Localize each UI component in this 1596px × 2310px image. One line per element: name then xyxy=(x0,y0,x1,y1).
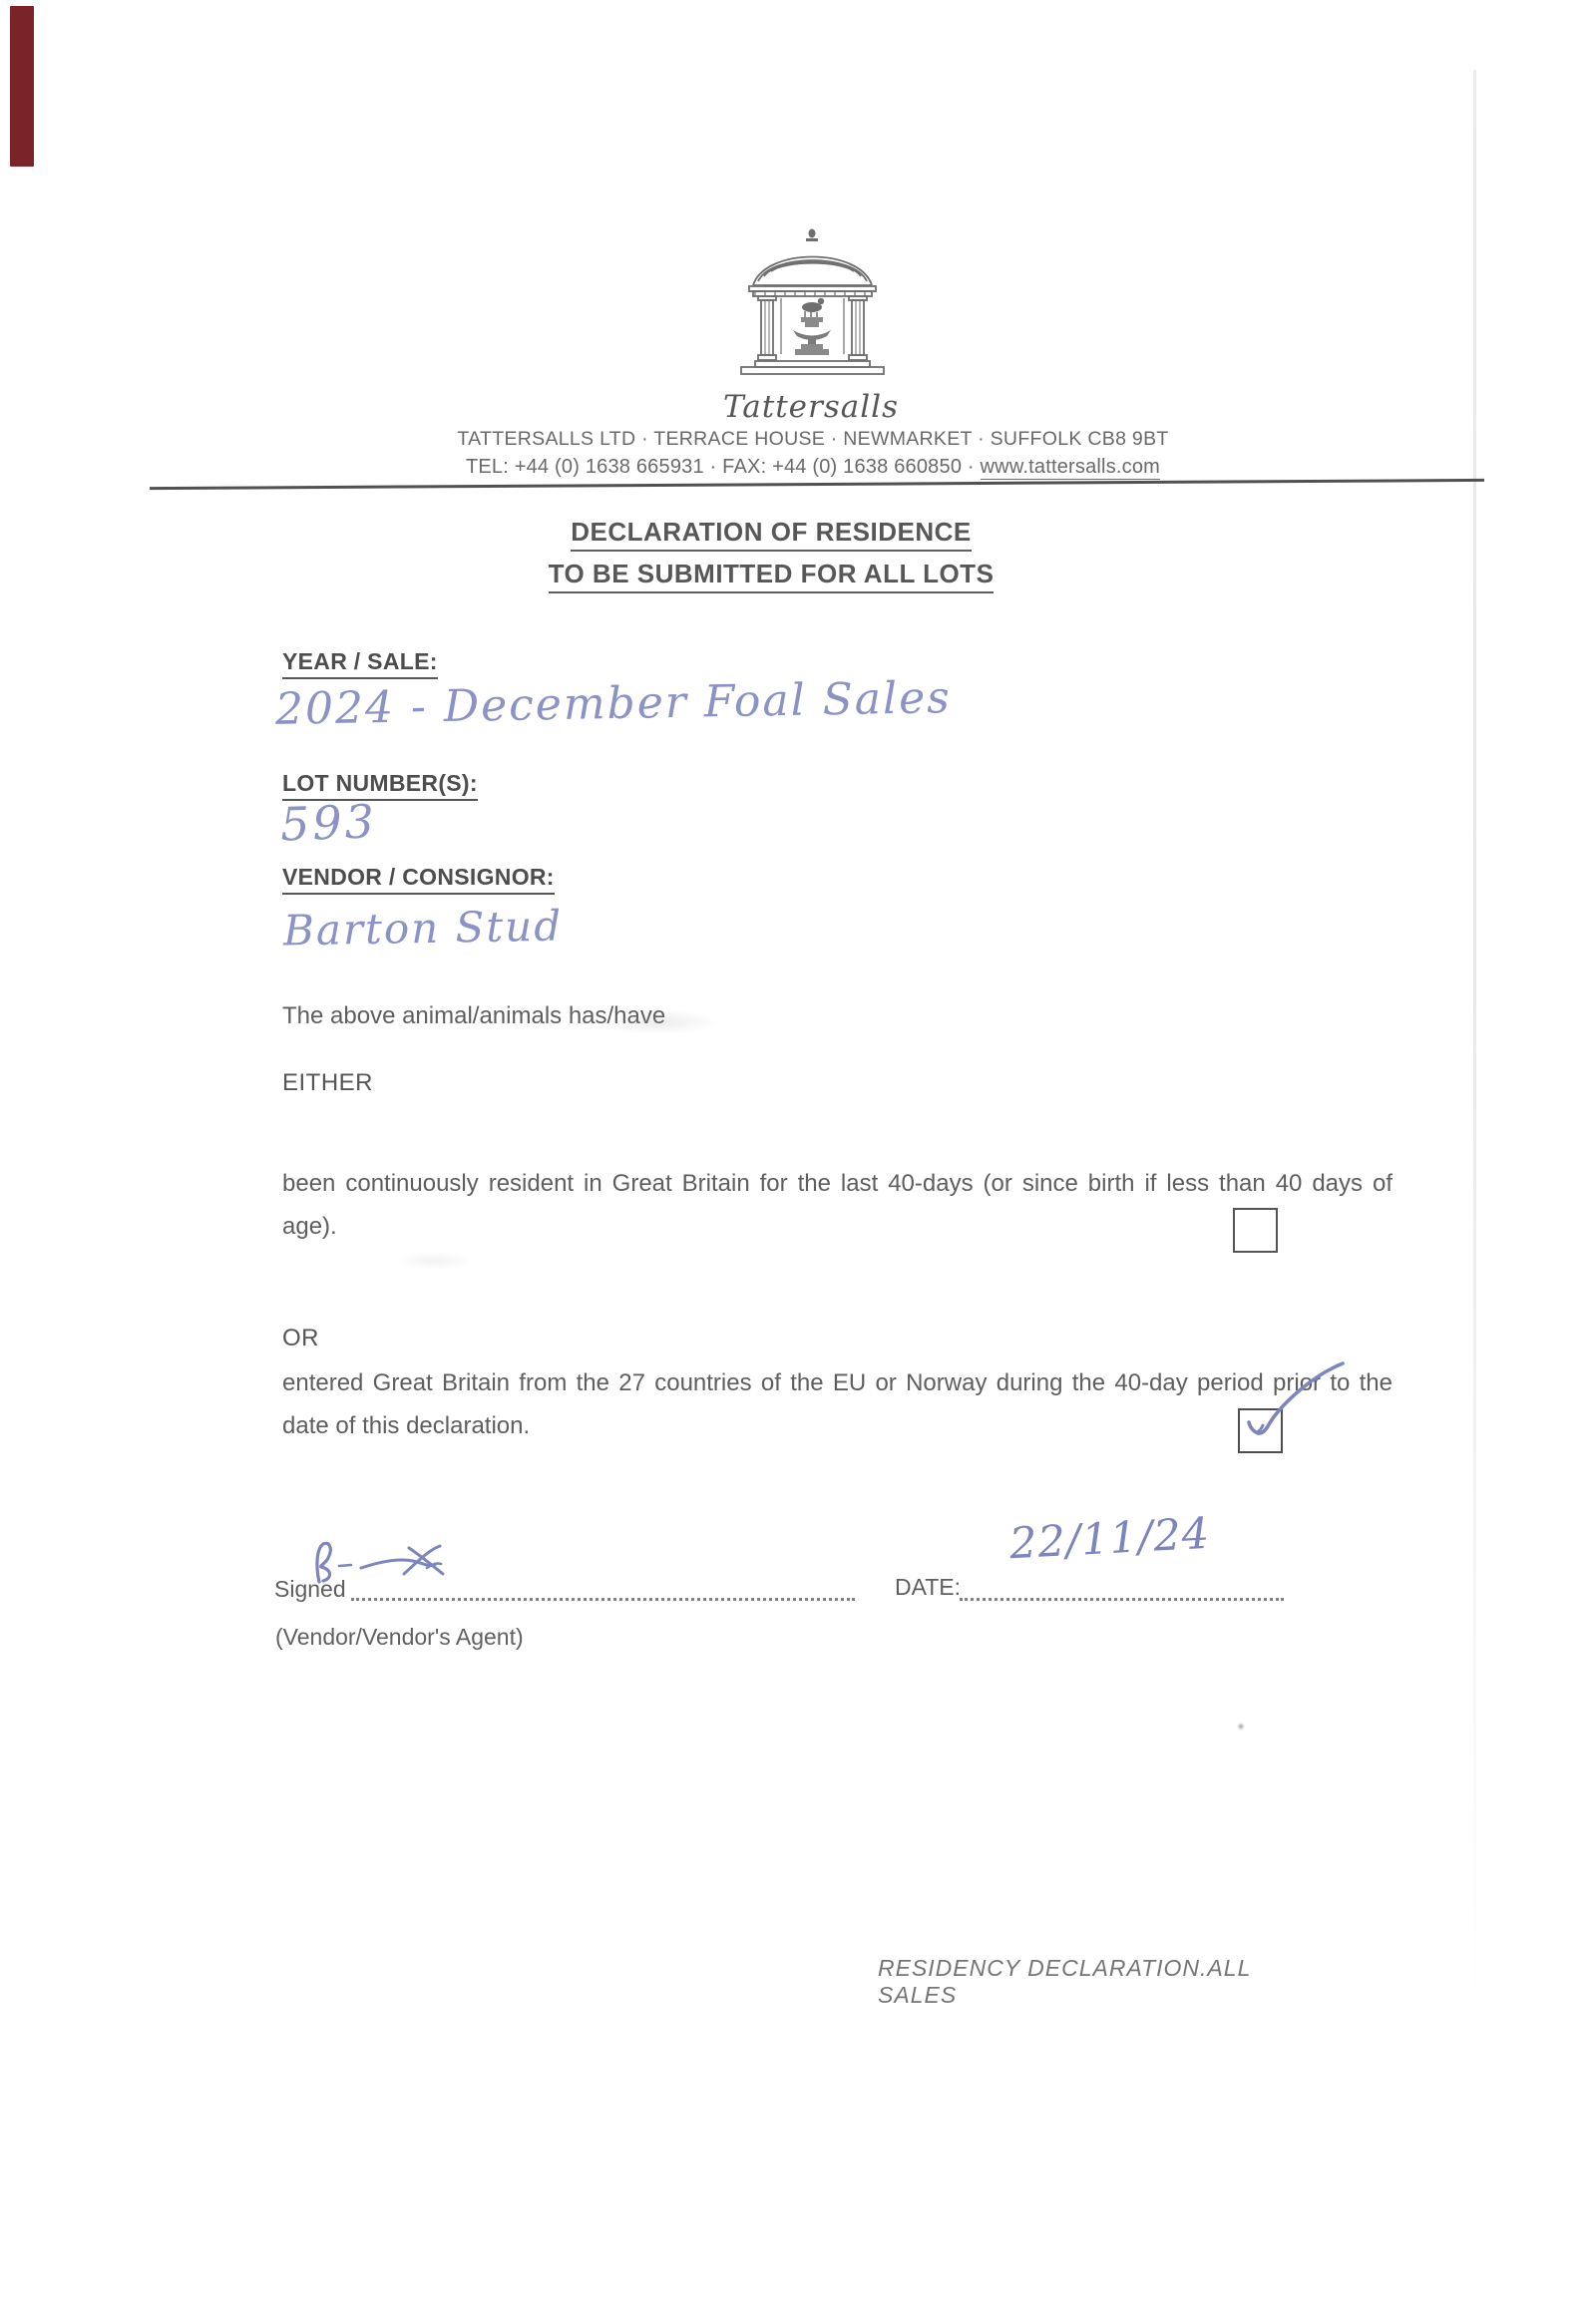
scanned-declaration-page: Tattersalls TATTERSALLS LTD · TERRACE HO… xyxy=(0,0,1596,2310)
company-contact: TEL: +44 (0) 1638 665931 · FAX: +44 (0) … xyxy=(299,456,1327,479)
scan-smudge xyxy=(394,1252,474,1270)
footer-document-reference: RESIDENCY DECLARATION.ALL SALES xyxy=(878,1955,1337,2009)
scan-smudge xyxy=(598,1009,718,1035)
date-dotted-line xyxy=(960,1574,1284,1601)
year-sale-handwritten-value: 2024 - December Foal Sales xyxy=(275,672,953,735)
date-handwritten-value: 22/11/24 xyxy=(1008,1509,1211,1569)
pen-tick-mark xyxy=(1243,1358,1351,1458)
either-label: EITHER xyxy=(282,1069,373,1097)
pen-signature xyxy=(309,1534,464,1597)
tattersalls-rotunda-logo-icon xyxy=(735,225,890,400)
document-title-line1: DECLARATION OF RESIDENCE xyxy=(372,517,1170,552)
scan-edge-line xyxy=(1473,70,1476,2005)
scan-speck xyxy=(1237,1723,1245,1731)
or-clause-text: entered Great Britain from the 27 countr… xyxy=(282,1362,1393,1447)
contact-text: TEL: +44 (0) 1638 665931 · FAX: +44 (0) … xyxy=(466,456,981,478)
signer-note: (Vendor/Vendor's Agent) xyxy=(275,1624,524,1651)
either-clause-text: been continuously resident in Great Brit… xyxy=(282,1163,1393,1248)
website-link: www.tattersalls.com xyxy=(981,456,1161,480)
or-label: OR xyxy=(282,1325,319,1352)
vendor-consignor-label: VENDOR / CONSIGNOR: xyxy=(282,864,555,895)
brand-wordmark: Tattersalls xyxy=(412,389,1210,425)
company-address: TATTERSALLS LTD · TERRACE HOUSE · NEWMAR… xyxy=(299,428,1327,451)
date-label: DATE: xyxy=(895,1574,961,1601)
header-divider xyxy=(150,479,1484,490)
either-checkbox xyxy=(1233,1208,1278,1253)
year-sale-label: YEAR / SALE: xyxy=(282,648,438,679)
vendor-handwritten-value: Barton Stud xyxy=(283,902,564,956)
corner-red-tab xyxy=(10,6,34,167)
document-title-line2: TO BE SUBMITTED FOR ALL LOTS xyxy=(372,559,1170,593)
lot-numbers-handwritten-value: 593 xyxy=(279,794,378,851)
